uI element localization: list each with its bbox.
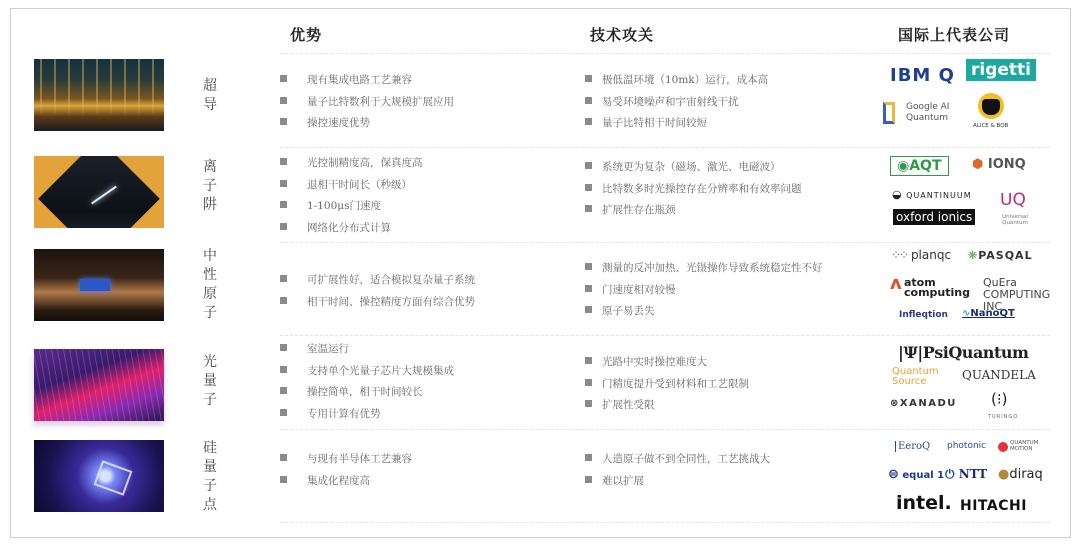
logo-ibm-q: IBM Q [890,65,955,86]
row-label-ion-trap: 离子阱 [200,158,220,215]
planqc-dots-icon: ⁘⁘ [891,248,907,262]
list-item: 门精度提升受到材料和工艺限制 [585,374,749,396]
logo-atom-computing: ʌatom computing [890,278,965,298]
bullet-icon [585,285,592,292]
advantages-list: 室温运行 支持单个光量子芯片大规模集成 操控简单，相干时间较长 专用计算有优势 [280,339,454,425]
bullet-icon [280,454,287,461]
psi-icon: |Ψ| [898,343,923,362]
list-item: 人造原子做不到全同性，工艺挑战大 [585,449,770,471]
pasqal-icon: ❋ [968,249,978,262]
logo-aqt: ◉AQT [890,156,949,176]
logo-infleqtion: Infleqtion [899,310,948,320]
challenges-list: 光路中实时操控难度大 门精度提升受到材料和工艺限制 扩展性受限 [585,352,749,417]
logo-quantum-motion: QUANTUM MOTION [1010,440,1044,452]
challenges-list: 测量的反冲加热、光镊操作导致系统稳定性不好 门速度相对较慢 原子易丢失 [585,258,823,323]
list-item: 难以扩展 [585,471,770,493]
bullet-icon [280,344,287,351]
bullet-icon [585,75,592,82]
divider [280,522,1050,523]
bullet-icon [280,275,287,282]
bullet-icon [585,118,592,125]
bullet-icon [585,263,592,270]
logo-ionq: ⬢ IONQ [972,157,1026,172]
list-item: 比特数多时光操控存在分辨率和有效率问题 [585,179,802,201]
row-label-photonic: 光量子 [200,353,220,410]
list-item: 1-100μs门速度 [280,196,423,218]
list-item: 操控简单，相干时间较长 [280,382,454,404]
bullet-icon [585,306,592,313]
bullet-icon [280,75,287,82]
list-item: 量子比特数利于大规模扩展应用 [280,92,454,114]
logo-turingq: TURINGQ [988,414,1018,420]
challenges-list: 人造原子做不到全同性，工艺挑战大 难以扩展 [585,449,770,492]
list-item: 退相干时间长（秒级） [280,175,423,197]
list-item: 支持单个光量子芯片大规模集成 [280,361,454,383]
row-label-superconducting: 超导 [200,77,220,115]
logo-alice-bob: ALICE & BOB [973,123,1008,129]
google-quantum-icon [883,102,895,124]
bullet-icon [585,400,592,407]
list-item: 测量的反冲加热、光镊操作导致系统稳定性不好 [585,258,823,280]
logo-universal-quantum: Universal Quantum [998,214,1032,226]
logo-quantum-source: Quantum Source [892,367,952,387]
bullet-icon [280,180,287,187]
bullet-icon [280,223,287,230]
logo-quandela: QUANDELA [962,368,1036,382]
bullet-icon [280,387,287,394]
logo-rigetti: rigetti [966,59,1036,81]
bullet-icon [585,476,592,483]
bullet-icon [585,454,592,461]
bullet-icon [280,158,287,165]
list-item: 量子比特相干时间较短 [585,113,768,135]
logo-eeroq: EeroQ [895,441,930,452]
list-item: 网络化分布式计算 [280,218,423,240]
logo-pasqal: ❋PASQAL [968,249,1033,262]
ion-trap-image [34,156,164,228]
equal1-icon: ⊜ [888,467,899,482]
divider [280,335,1050,336]
bullet-icon [280,297,287,304]
list-item: 扩展性受限 [585,395,749,417]
companies-ion-trap: ◉AQT ⬢ IONQ ◒ QUANTINUUM oxford ionics ᑌ… [880,150,1050,240]
bullet-icon [585,162,592,169]
logo-quantinuum: ◒ QUANTINUUM [892,188,972,201]
advantages-list: 现有集成电路工艺兼容 量子比特数利于大规模扩展应用 操控速度优势 [280,70,454,135]
advantages-list: 光控制精度高，保真度高 退相干时间长（秒级） 1-100μs门速度 网络化分布式… [280,153,423,239]
logo-google-ai-quantum: Google AI Quantum [906,102,954,124]
logo-xanadu: ⊗XANADU [890,398,957,409]
bullet-icon [585,184,592,191]
list-item: 原子易丢失 [585,301,823,323]
ntt-icon: ⏻ [945,467,955,481]
alice-bob-cat-icon [978,93,1004,119]
header-advantages: 优势 [290,24,322,45]
logo-intel: intel. [896,492,952,514]
list-item: 光控制精度高，保真度高 [280,153,423,175]
companies-photonic: |Ψ|PsiQuantum Quantum Source QUANDELA ⊗X… [880,338,1050,428]
bullet-icon [585,97,592,104]
list-item: 极低温环境（10mk）运行，成本高 [585,70,768,92]
list-item: 操控速度优势 [280,113,454,135]
row-label-neutral-atom: 中性原子 [200,247,220,323]
list-item: 相干时间、操控精度方面有综合优势 [280,292,475,314]
companies-silicon-dot: EeroQ photonic QUANTUM MOTION ⊜ equal 1 … [880,432,1050,522]
divider [280,147,1050,148]
list-item: 室温运行 [280,339,454,361]
list-item: 系统更为复杂（磁场、激光、电磁波） [585,157,802,179]
header-challenges: 技术攻关 [590,24,654,45]
list-item: 现有集成电路工艺兼容 [280,70,454,92]
logo-planqc: ⁘⁘ planqc [891,248,951,262]
list-item: 易受环境噪声和宇宙射线干扰 [585,92,768,114]
divider [280,53,1050,54]
logo-nanoqt: ∿NanoQT [962,308,1015,319]
bullet-icon [280,476,287,483]
list-item: 光路中实时操控难度大 [585,352,749,374]
logo-diraq: ●diraq [998,467,1043,482]
advantages-list: 可扩展性好，适合模拟复杂量子系统 相干时间、操控精度方面有综合优势 [280,270,475,313]
bullet-icon [585,205,592,212]
logo-photonic: photonic [947,441,986,451]
turingq-icon: (⁝) [991,390,1007,408]
advantages-list: 与现有半导体工艺兼容 集成化程度高 [280,449,412,492]
superconducting-image [34,59,164,131]
atom-computing-icon: ʌ [890,279,902,289]
logo-ntt: ⏻ NTT [945,467,987,482]
ionq-icon: ⬢ [972,157,983,172]
list-item: 专用计算有优势 [280,404,454,426]
logo-equal1: ⊜ equal 1 [888,467,944,482]
challenges-list: 极低温环境（10mk）运行，成本高 易受环境噪声和宇宙射线干扰 量子比特相干时间… [585,70,768,135]
logo-hitachi: HITACHI [960,498,1027,514]
diraq-icon: ● [998,467,1009,482]
companies-superconducting: IBM Q rigetti Google AI Quantum ALICE & … [880,55,1050,145]
divider [280,429,1050,430]
neutral-atom-image [34,249,164,321]
logo-psiquantum: |Ψ|PsiQuantum [898,343,1028,362]
bullet-icon [280,97,287,104]
list-item: 可扩展性好，适合模拟复杂量子系统 [280,270,475,292]
list-item: 门速度相对较慢 [585,280,823,302]
silicon-dot-image [34,440,164,512]
header-companies: 国际上代表公司 [898,24,1010,45]
divider [280,242,1050,243]
list-item: 集成化程度高 [280,471,412,493]
bullet-icon [280,201,287,208]
bullet-icon [280,409,287,416]
universal-quantum-icon: ᑌQ [1000,190,1026,210]
list-item: 扩展性存在瓶颈 [585,200,802,222]
photonic-image [34,349,164,421]
quantum-motion-icon [998,442,1008,452]
logo-oxford-ionics: oxford ionics [893,209,975,225]
bullet-icon [280,366,287,373]
bullet-icon [280,118,287,125]
challenges-list: 系统更为复杂（磁场、激光、电磁波） 比特数多时光操控存在分辨率和有效率问题 扩展… [585,157,802,222]
row-label-silicon-dot: 硅量子点 [200,439,220,515]
bullet-icon [585,379,592,386]
bullet-icon [585,357,592,364]
list-item: 与现有半导体工艺兼容 [280,449,412,471]
quantinuum-icon: ◒ [892,188,903,201]
xanadu-icon: ⊗ [890,398,900,409]
companies-neutral-atom: ⁘⁘ planqc ❋PASQAL ʌatom computing QuEra … [880,244,1050,334]
